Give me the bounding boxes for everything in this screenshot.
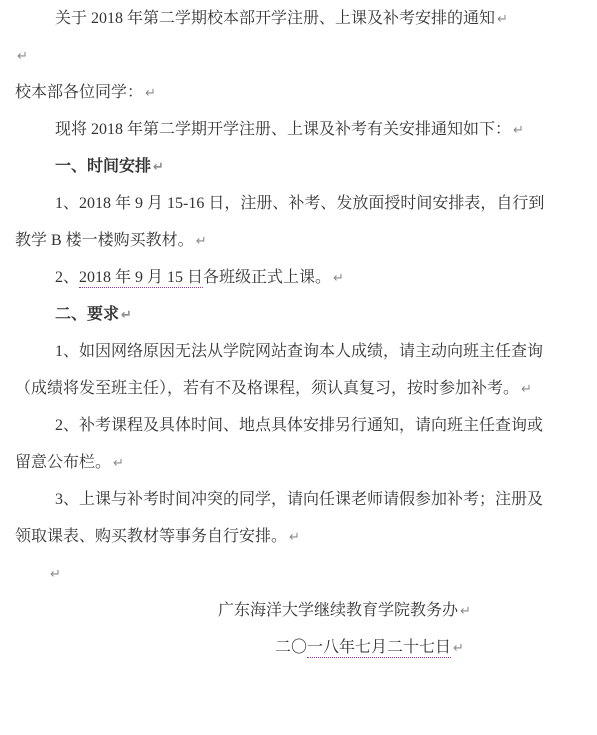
- signature-line: 广东海洋大学继续教育学院教务办↵: [218, 592, 582, 629]
- paragraph-mark-icon: ↵: [289, 530, 300, 545]
- notice-title-line: 关于 2018 年第二学期校本部开学注册、上课及补考安排的通知↵: [55, 0, 582, 37]
- paragraph-mark-icon: ↵: [521, 382, 532, 397]
- section-2-item-3-text: 3、上课与补考时间冲突的同学，请向任课老师请假参加补考；注册及: [55, 491, 543, 508]
- section-2-item-3-line: 3、上课与补考时间冲突的同学，请向任课老师请假参加补考；注册及: [55, 481, 582, 518]
- section-1-item-2-date-underlined: 2018 年 9 月 15 日: [79, 269, 203, 288]
- intro-text: 现将 2018 年第二学期开学注册、上课及补考有关安排通知如下：: [55, 121, 511, 138]
- paragraph-mark-icon: ↵: [333, 271, 344, 286]
- salutation: 校本部各位同学：: [15, 84, 143, 101]
- date-underlined: 一八年七月二十七日: [307, 639, 451, 658]
- paragraph-mark-icon: ↵: [460, 604, 471, 619]
- notice-document: 关于 2018 年第二学期校本部开学注册、上课及补考安排的通知↵ ↵ 校本部各位…: [0, 0, 597, 735]
- section-2-item-2-continuation: 留意公布栏。: [15, 454, 111, 471]
- paragraph-mark-icon: ↵: [121, 308, 132, 323]
- notice-title: 关于 2018 年第二学期校本部开学注册、上课及补考安排的通知: [55, 10, 495, 27]
- section-2-item-3-continuation-line: 领取课表、购买教材等事务自行安排。↵: [15, 518, 582, 555]
- section-2-heading-line: 二、要求↵: [55, 296, 582, 333]
- paragraph-mark-icon: ↵: [453, 641, 464, 656]
- section-2-item-1-continuation-line: （成绩将发至班主任），若有不及格课程，须认真复习，按时参加补考。↵: [15, 370, 582, 407]
- section-1-heading-line: 一、时间安排↵: [55, 148, 582, 185]
- section-1-item-1-continuation: 教学 B 楼一楼购买教材。: [15, 232, 194, 249]
- section-2-item-1-text: 1、如因网络原因无法从学院网站查询本人成绩，请主动向班主任查询: [55, 343, 543, 360]
- section-2-item-2-continuation-line: 留意公布栏。↵: [15, 444, 582, 481]
- paragraph-mark-icon: ↵: [17, 49, 28, 64]
- section-1-item-2-suffix: 各班级正式上课。: [203, 269, 331, 286]
- date-line: 二〇一八年七月二十七日↵: [275, 629, 582, 666]
- section-2-heading: 二、要求: [55, 306, 119, 323]
- paragraph-mark-icon: ↵: [113, 456, 124, 471]
- section-1-item-1-text: 1、2018 年 9 月 15-16 日，注册、补考、发放面授时间安排表，自行到: [55, 195, 544, 212]
- section-2-item-2-text: 2、补考课程及具体时间、地点具体安排另行通知，请向班主任查询或: [55, 417, 543, 434]
- paragraph-mark-icon: ↵: [196, 234, 207, 249]
- section-1-item-1-continuation-line: 教学 B 楼一楼购买教材。↵: [15, 222, 582, 259]
- section-1-item-2-prefix: 2、: [55, 269, 79, 286]
- section-1-heading: 一、时间安排: [55, 158, 151, 175]
- paragraph-mark-icon: ↵: [513, 123, 524, 138]
- section-2-item-1-continuation: （成绩将发至班主任），若有不及格课程，须认真复习，按时参加补考。: [15, 380, 519, 397]
- date-prefix: 二〇: [275, 639, 307, 656]
- salutation-line: 校本部各位同学：↵: [15, 74, 582, 111]
- section-2-item-2-line: 2、补考课程及具体时间、地点具体安排另行通知，请向班主任查询或: [55, 407, 582, 444]
- section-2-item-3-continuation: 领取课表、购买教材等事务自行安排。: [15, 528, 287, 545]
- paragraph-mark-icon: ↵: [153, 160, 164, 175]
- blank-line: ↵: [15, 37, 582, 74]
- blank-line: ↵: [48, 555, 582, 592]
- intro-line: 现将 2018 年第二学期开学注册、上课及补考有关安排通知如下：↵: [55, 111, 582, 148]
- paragraph-mark-icon: ↵: [50, 567, 61, 582]
- signature-org: 广东海洋大学继续教育学院教务办: [218, 602, 458, 619]
- paragraph-mark-icon: ↵: [145, 86, 156, 101]
- paragraph-mark-icon: ↵: [497, 12, 508, 27]
- section-1-item-2-line: 2、2018 年 9 月 15 日各班级正式上课。↵: [55, 259, 582, 296]
- section-2-item-1-line: 1、如因网络原因无法从学院网站查询本人成绩，请主动向班主任查询: [55, 333, 582, 370]
- section-1-item-1-line: 1、2018 年 9 月 15-16 日，注册、补考、发放面授时间安排表，自行到: [55, 185, 582, 222]
